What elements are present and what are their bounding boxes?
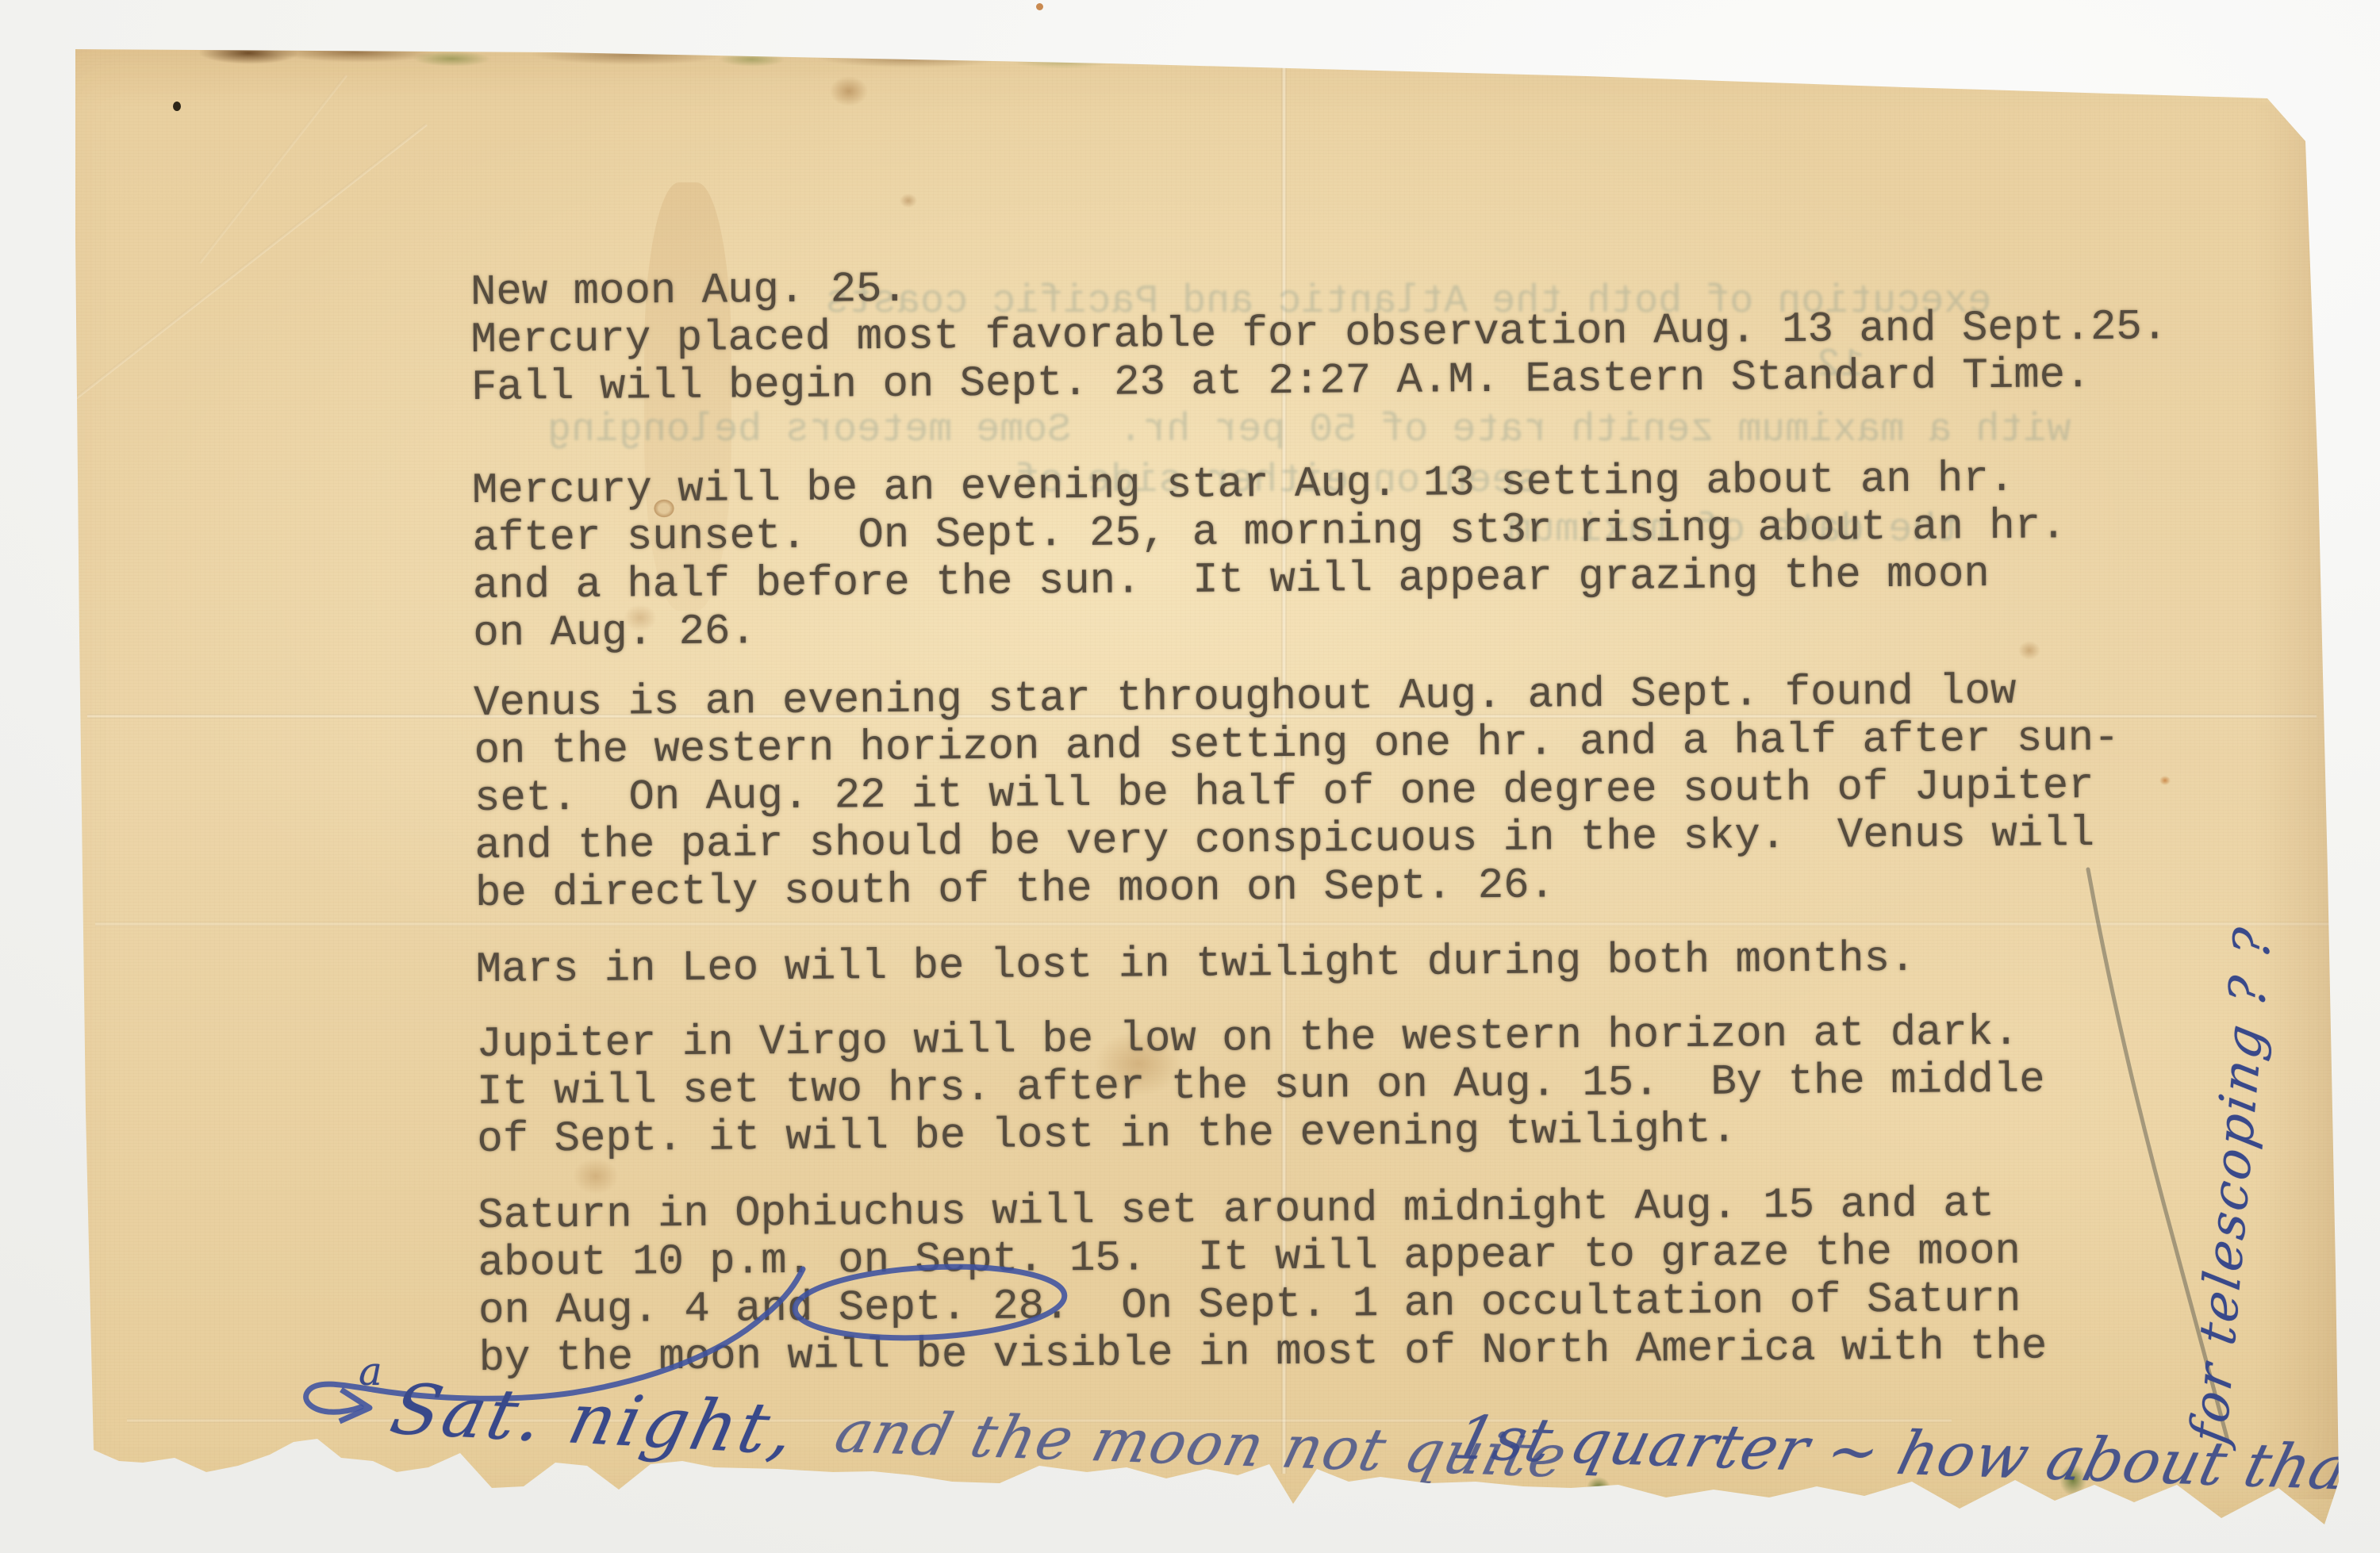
paragraph-jupiter: Jupiter in Virgo will be low on the west… <box>476 1009 2045 1164</box>
typed-line: set. On Aug. 22 it will be half of one d… <box>474 763 2120 823</box>
paper-sheet: execution of both the Atlantic and Pacif… <box>0 0 2380 1553</box>
rust-dot <box>2159 776 2171 785</box>
handwritten-superscript-a: a <box>359 1348 382 1394</box>
typed-line: Venus is an evening star throughout Aug.… <box>474 668 2119 728</box>
fold-crease-horizontal-lower <box>95 922 2329 926</box>
green-speck <box>1587 1477 1610 1497</box>
background-fleck <box>1036 3 1043 10</box>
top-edge-smudge <box>190 36 1158 82</box>
paragraph-saturn: Saturn in Ophiuchus will set around midn… <box>478 1180 2048 1383</box>
stain-spot <box>573 1158 619 1194</box>
typed-line: on the western horizon and setting one h… <box>474 715 2119 776</box>
typed-line: and the pair should be very conspicuous … <box>474 811 2120 871</box>
warm-streak <box>644 182 731 611</box>
typed-line: Mars in Leo will be lost in twilight dur… <box>476 936 1916 995</box>
typed-line: on Aug. 4 and Sept. 28. On Sept. 1 an oc… <box>478 1275 2047 1336</box>
corner-crease-small <box>198 75 347 264</box>
edge-age-band <box>2253 103 2340 1499</box>
stain-large <box>1095 1031 1182 1096</box>
typed-line: by the moon will be visible in most of N… <box>478 1323 2047 1383</box>
ink-speck <box>173 102 181 111</box>
stain-spot <box>624 604 657 631</box>
typed-line: be directly south of the moon on Sept. 2… <box>475 858 2121 918</box>
fold-crease-horizontal-upper <box>87 714 2317 719</box>
corner-crease <box>75 123 428 399</box>
typed-line: about 10 p.m. on Sept. 15. It will appea… <box>478 1228 2046 1288</box>
typed-line: on Aug. 26. <box>473 598 2067 658</box>
typed-text-layer: New moon Aug. 25. Mercury placed most fa… <box>0 0 2380 1553</box>
paper-texture <box>0 0 2380 1553</box>
stain-spot <box>900 194 917 208</box>
fold-crease-vertical <box>1281 57 1287 1474</box>
ink-circle-around-sept-28 <box>793 1260 1066 1344</box>
typed-line: It will set two hrs. after the sun on Au… <box>477 1056 2045 1117</box>
stain-spot <box>2018 641 2040 660</box>
stain-spot <box>830 76 868 106</box>
ghost-line: execution of both the Atlantic and Pacif… <box>825 279 1991 324</box>
ghost-line: with a maximum zenith rate of 50 per hr.… <box>547 408 2071 453</box>
typed-line: Jupiter in Virgo will be low on the west… <box>476 1009 2044 1069</box>
ghost-line: 12 <box>1817 343 1864 388</box>
ghost-line: the date of maximum <box>1507 508 1960 553</box>
annotation-strokes <box>0 0 2380 1553</box>
typed-line: Saturn in Ophiuchus will set around midn… <box>478 1180 2046 1240</box>
handwritten-note-part1: Sat. night, <box>384 1368 806 1471</box>
paragraph-venus: Venus is an evening star throughout Aug.… <box>474 668 2121 918</box>
typed-line: of Sept. it will be lost in the evening … <box>477 1104 2045 1164</box>
bleed-through-layer: execution of both the Atlantic and Pacif… <box>0 0 2380 1553</box>
green-speck <box>300 1442 321 1461</box>
paragraph-mars: Mars in Leo will be lost in twilight dur… <box>476 936 1916 995</box>
scanned-document-view: execution of both the Atlantic and Pacif… <box>0 0 2380 1553</box>
ghost-line: seen on either side of <box>1015 458 1539 504</box>
ink-arrowhead <box>340 1390 370 1421</box>
